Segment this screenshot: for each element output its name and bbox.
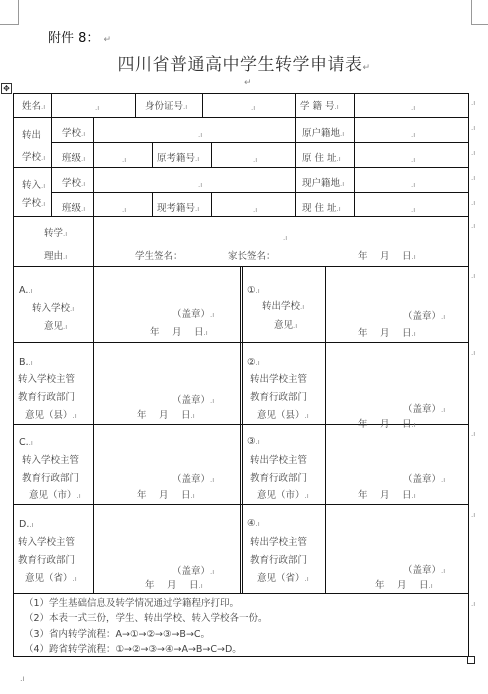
transfer-in-group-label: 转入.ı xyxy=(22,180,45,192)
approval-3-label: 转出学校主管 xyxy=(250,455,307,466)
original-exam-number-label: 原考籍号.ı xyxy=(157,153,199,165)
original-address-field[interactable]: .ı xyxy=(411,155,415,166)
approval-b-date: 年 月 日.ı xyxy=(137,410,195,422)
transfer-in-school-field[interactable]: .ı xyxy=(198,180,202,191)
original-exam-number-field[interactable]: .ı xyxy=(253,155,257,166)
approval-4-label-3: 意见（省）.ı xyxy=(257,573,309,585)
crop-mark-top-right xyxy=(471,0,488,25)
original-household-label: 原户籍地.ı xyxy=(302,128,344,140)
current-exam-number-label: 现考籍号.ı xyxy=(157,203,199,215)
approval-2-seal: （盖章）.ı xyxy=(403,404,445,416)
approval-d-seal: （盖章）.ı xyxy=(172,566,214,578)
approval-b-label: 转入学校主管 xyxy=(18,374,75,385)
approval-d-marker: D..ı xyxy=(19,519,34,531)
transfer-out-school-field[interactable]: .ı xyxy=(198,130,202,141)
crop-mark-top-left xyxy=(0,0,19,25)
approval-2-marker: ②.ı xyxy=(247,357,260,369)
approval-a-label: 转入学校.ı xyxy=(32,303,74,315)
approval-4-label-2: 教育行政部门 xyxy=(250,555,307,566)
note-2: （2）本表一式三份，学生、转出学校、转入学校各一份。 xyxy=(24,613,268,624)
student-number-label: 学 籍 号.ı xyxy=(300,101,339,113)
reason-date: 年 月 日.ı xyxy=(358,251,416,263)
row-end-mark: .ı xyxy=(471,222,475,230)
paragraph-mark: .ı xyxy=(20,674,25,683)
approval-a-date: 年 月 日.ı xyxy=(150,327,208,339)
note-3: （3）省内转学流程：A→①→②→③→B→C。 xyxy=(24,629,210,640)
approval-1-seal: （盖章）.ı xyxy=(403,311,445,323)
row-end-mark: .ı xyxy=(471,199,475,207)
approval-a-marker: A..ı xyxy=(19,285,33,297)
approval-2-date: 年 月 日.ı xyxy=(358,419,416,431)
approval-4-label: 转出学校主管 xyxy=(250,537,307,548)
approval-1-label-2: 意见.ı xyxy=(274,320,297,332)
name-field[interactable]: .ı xyxy=(95,103,99,114)
document-title: 四川省普通高中学生转学申请表↵ xyxy=(0,50,488,75)
original-address-label: 原 住 址.ı xyxy=(302,153,341,165)
approval-b-marker: B..ı xyxy=(19,357,33,369)
name-label: 姓名.ı xyxy=(22,101,45,113)
approval-c-label-2: 教育行政部门 xyxy=(22,473,79,484)
row-end-mark: .ı xyxy=(471,600,475,608)
approval-2-label: 转出学校主管 xyxy=(250,374,307,385)
note-1: （1）学生基础信息及转学情况通过学籍程序打印。 xyxy=(24,598,239,609)
transfer-out-class-label: 班级.ı xyxy=(62,153,85,165)
row-end-mark: .ı xyxy=(471,124,475,132)
transfer-in-class-label: 班级.ı xyxy=(62,203,85,215)
id-number-label: 身份证号.ı xyxy=(145,101,187,113)
row-end-mark: .ı xyxy=(471,149,475,157)
approval-4-date: 年 月 日.ı xyxy=(375,580,433,592)
approval-d-date: 年 月 日.ı xyxy=(145,580,203,592)
reason-field[interactable]: .ı xyxy=(283,233,287,244)
transfer-in-group-label-2: 学校.ı xyxy=(22,198,45,210)
row-end-mark: .ı xyxy=(471,511,475,519)
current-household-field[interactable]: .ı xyxy=(411,180,415,191)
approval-d-label: 转入学校主管 xyxy=(18,537,75,548)
current-household-label: 现户籍地.ı xyxy=(302,178,344,190)
approval-c-date: 年 月 日.ı xyxy=(137,490,195,502)
student-signature-label: 学生签名： xyxy=(135,251,183,262)
approval-2-label-3: 意见（县）.ı xyxy=(257,410,309,422)
parent-signature-label: 家长签名： xyxy=(228,251,276,262)
table-move-handle-icon[interactable]: ✥ xyxy=(1,83,12,94)
row-end-mark: .ı xyxy=(471,99,475,107)
reason-label: 转学.ı xyxy=(44,228,67,240)
row-end-mark: .ı xyxy=(471,272,475,280)
table-resize-handle[interactable] xyxy=(467,656,475,664)
current-address-label: 现 住 址.ı xyxy=(302,203,341,215)
approval-4-marker: ④.ı xyxy=(247,518,260,530)
row-end-mark: .ı xyxy=(471,174,475,182)
student-number-field[interactable]: .ı xyxy=(411,103,415,114)
row-end-mark: .ı xyxy=(471,430,475,438)
approval-b-seal: （盖章）.ı xyxy=(172,395,214,407)
reason-label-2: 理由.ı xyxy=(44,251,67,263)
approval-3-seal: （盖章）.ı xyxy=(403,474,445,486)
approval-1-label: 转出学校.ı xyxy=(262,301,304,313)
approval-b-label-3: 意见（县）.ı xyxy=(25,410,77,422)
approval-c-label: 转入学校主管 xyxy=(22,455,79,466)
approval-4-seal: （盖章）.ı xyxy=(403,565,445,577)
row-end-mark: .ı xyxy=(471,349,475,357)
current-exam-number-field[interactable]: .ı xyxy=(253,205,257,216)
transfer-in-class-field[interactable]: .ı xyxy=(122,205,126,216)
approval-3-marker: ③.ı xyxy=(247,436,260,448)
transfer-in-school-label: 学校.ı xyxy=(62,178,85,190)
approval-1-marker: ①.ı xyxy=(247,285,260,297)
approval-2-label-2: 教育行政部门 xyxy=(250,392,307,403)
approval-c-seal: （盖章）.ı xyxy=(172,474,214,486)
approval-c-marker: C..ı xyxy=(19,437,33,449)
current-address-field[interactable]: .ı xyxy=(411,205,415,216)
approval-d-label-3: 意见（省）.ı xyxy=(25,573,77,585)
approval-d-label-2: 教育行政部门 xyxy=(18,555,75,566)
transfer-out-group-label-2: 学校.ı xyxy=(22,152,45,164)
attachment-label: 附件 8： ↵ xyxy=(48,27,111,46)
approval-a-seal: （盖章）.ı xyxy=(172,309,214,321)
approval-a-label-2: 意见.ı xyxy=(44,321,67,333)
approval-3-label-3: 意见（市）.ı xyxy=(257,490,309,502)
approval-3-label-2: 教育行政部门 xyxy=(250,473,307,484)
id-number-field[interactable]: .ı xyxy=(251,103,255,114)
paragraph-mark: ↵ xyxy=(244,78,252,88)
approval-c-label-3: 意见（市）.ı xyxy=(29,490,81,502)
transfer-out-school-label: 学校.ı xyxy=(62,128,85,140)
approval-1-date: 年 月 日.ı xyxy=(358,328,416,340)
approval-3-date: 年 月 日.ı xyxy=(358,490,416,502)
approval-b-label-2: 教育行政部门 xyxy=(18,392,75,403)
note-4: （4）跨省转学流程：①→②→③→④→A→B→C→D。 xyxy=(24,644,242,655)
original-household-field[interactable]: .ı xyxy=(411,130,415,141)
transfer-out-group-label: 转出 xyxy=(22,130,41,141)
transfer-out-class-field[interactable]: .ı xyxy=(122,155,126,166)
